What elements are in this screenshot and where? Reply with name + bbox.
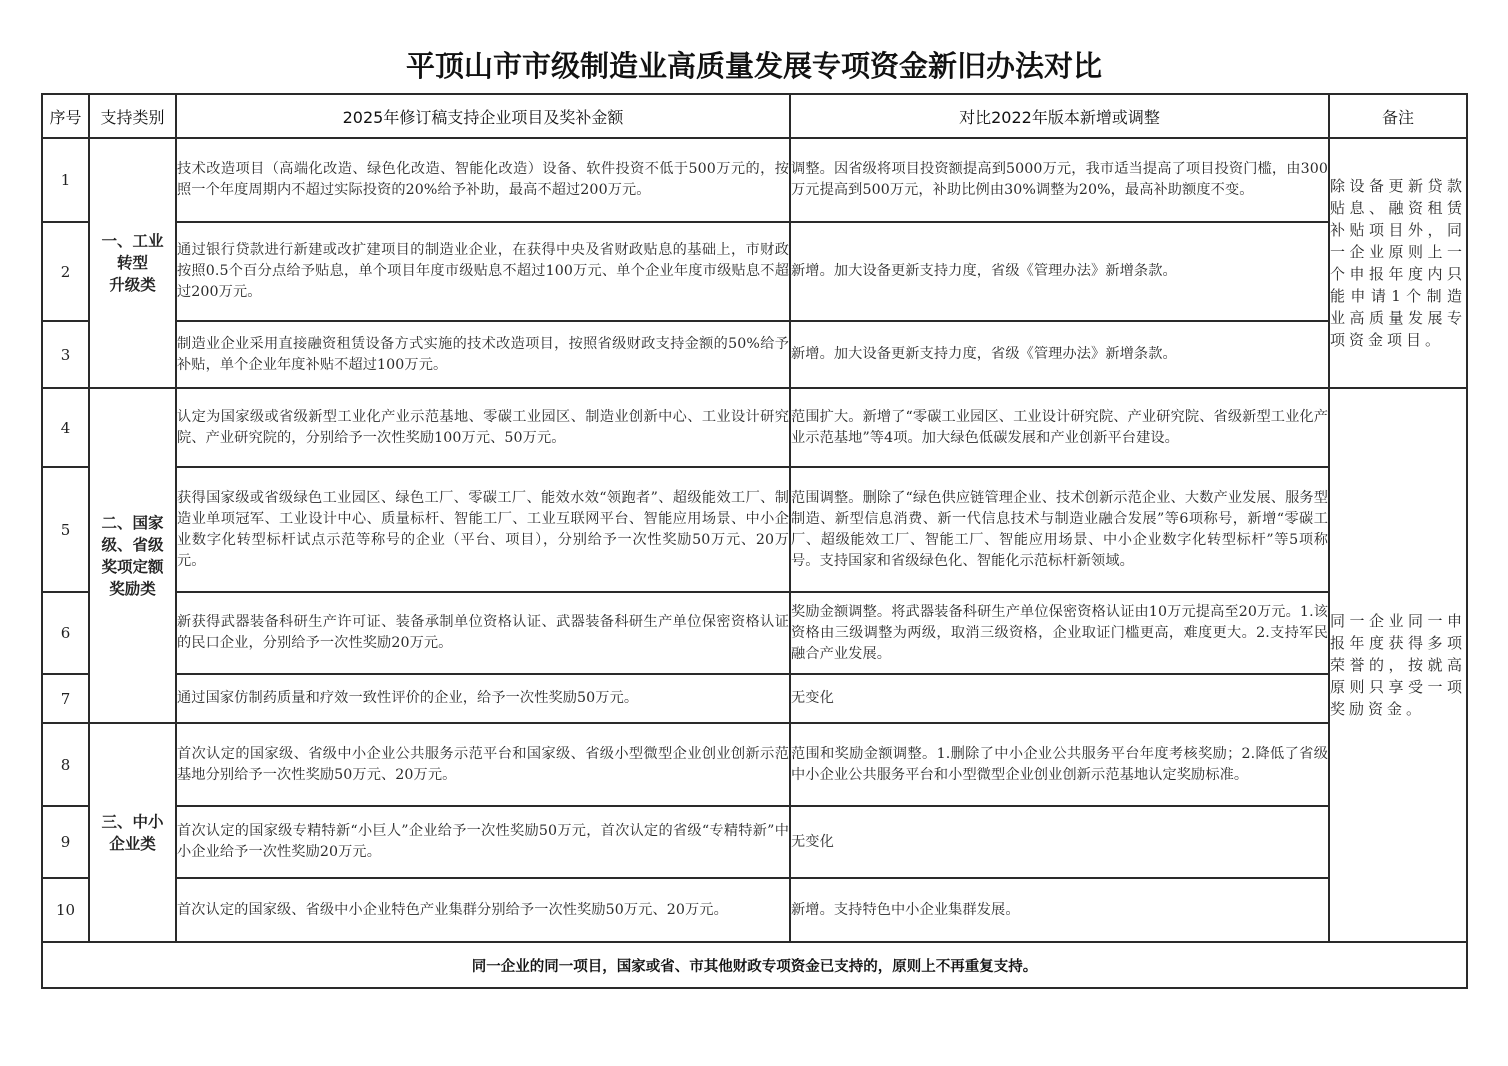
row-seq: 10 xyxy=(42,878,89,942)
row-change: 新增。加大设备更新支持力度，省级《管理办法》新增条款。 xyxy=(790,321,1329,388)
row-item: 制造业企业采用直接融资租赁设备方式实施的技术改造项目，按照省级财政支持金额的50… xyxy=(176,321,790,388)
row-item: 新获得武器装备科研生产许可证、装备承制单位资格认证、武器装备科研生产单位保密资格… xyxy=(176,592,790,674)
row-seq: 6 xyxy=(42,592,89,674)
table-row: 10 首次认定的国家级、省级中小企业特色产业集群分别给予一次性奖励50万元、20… xyxy=(42,878,1467,942)
table-footer-row: 同一企业的同一项目，国家或省、市其他财政专项资金已支持的，原则上不再重复支持。 xyxy=(42,942,1467,988)
row-change: 调整。因省级将项目投资额提高到5000万元，我市适当提高了项目投资门槛，由300… xyxy=(790,138,1329,222)
row-item: 获得国家级或省级绿色工业园区、绿色工厂、零碳工厂、能效水效“领跑者”、超级能效工… xyxy=(176,467,790,592)
row-change: 新增。加大设备更新支持力度，省级《管理办法》新增条款。 xyxy=(790,222,1329,321)
table-row: 4 二、国家级、省级奖项定额奖励类 认定为国家级或省级新型工业化产业示范基地、零… xyxy=(42,388,1467,467)
document-title: 平顶山市市级制造业高质量发展专项资金新旧办法对比 xyxy=(0,44,1508,85)
table-header-row: 序号 支持类别 2025年修订稿支持企业项目及奖补金额 对比2022年版本新增或… xyxy=(42,94,1467,138)
row-seq: 1 xyxy=(42,138,89,222)
table-row: 6 新获得武器装备科研生产许可证、装备承制单位资格认证、武器装备科研生产单位保密… xyxy=(42,592,1467,674)
row-change: 无变化 xyxy=(790,806,1329,878)
category-industrial-upgrade: 一、工业转型升级类 xyxy=(89,138,176,388)
row-change: 新增。支持特色中小企业集群发展。 xyxy=(790,878,1329,942)
table-row: 3 制造业企业采用直接融资租赁设备方式实施的技术改造项目，按照省级财政支持金额的… xyxy=(42,321,1467,388)
row-seq: 4 xyxy=(42,388,89,467)
row-seq: 7 xyxy=(42,674,89,723)
row-seq: 3 xyxy=(42,321,89,388)
table-row: 5 获得国家级或省级绿色工业园区、绿色工厂、零碳工厂、能效水效“领跑者”、超级能… xyxy=(42,467,1467,592)
category-national-provincial-awards: 二、国家级、省级奖项定额奖励类 xyxy=(89,388,176,723)
table-row: 9 首次认定的国家级专精特新“小巨人”企业给予一次性奖励50万元，首次认定的省级… xyxy=(42,806,1467,878)
header-changes-vs-2022: 对比2022年版本新增或调整 xyxy=(790,94,1329,138)
row-change: 范围和奖励金额调整。1.删除了中小企业公共服务平台年度考核奖励；2.降低了省级中… xyxy=(790,723,1329,806)
row-change: 奖励金额调整。将武器装备科研生产单位保密资格认证由10万元提高至20万元。1.该… xyxy=(790,592,1329,674)
row-seq: 2 xyxy=(42,222,89,321)
header-items-2025: 2025年修订稿支持企业项目及奖补金额 xyxy=(176,94,790,138)
remark-group-2: 同一企业同一申报年度获得多项荣誉的，按就高原则只享受一项奖励资金。 xyxy=(1329,388,1467,942)
table-row: 8 三、中小企业类 首次认定的国家级、省级中小企业公共服务示范平台和国家级、省级… xyxy=(42,723,1467,806)
comparison-table: 序号 支持类别 2025年修订稿支持企业项目及奖补金额 对比2022年版本新增或… xyxy=(41,93,1468,989)
table-row: 2 通过银行贷款进行新建或改扩建项目的制造业企业，在获得中央及省财政贴息的基础上… xyxy=(42,222,1467,321)
row-change: 无变化 xyxy=(790,674,1329,723)
row-seq: 9 xyxy=(42,806,89,878)
category-sme: 三、中小企业类 xyxy=(89,723,176,942)
header-seq: 序号 xyxy=(42,94,89,138)
row-item: 首次认定的国家级专精特新“小巨人”企业给予一次性奖励50万元，首次认定的省级“专… xyxy=(176,806,790,878)
row-seq: 8 xyxy=(42,723,89,806)
remark-group-1: 除设备更新贷款贴息、融资租赁补贴项目外，同一企业原则上一个申报年度内只能申请1个… xyxy=(1329,138,1467,388)
header-remarks: 备注 xyxy=(1329,94,1467,138)
table-row: 1 一、工业转型升级类 技术改造项目（高端化改造、绿色化改造、智能化改造）设备、… xyxy=(42,138,1467,222)
row-change: 范围扩大。新增了“零碳工业园区、工业设计研究院、产业研究院、省级新型工业化产业示… xyxy=(790,388,1329,467)
row-item: 首次认定的国家级、省级中小企业特色产业集群分别给予一次性奖励50万元、20万元。 xyxy=(176,878,790,942)
header-category: 支持类别 xyxy=(89,94,176,138)
row-item: 首次认定的国家级、省级中小企业公共服务示范平台和国家级、省级小型微型企业创业创新… xyxy=(176,723,790,806)
row-item: 通过银行贷款进行新建或改扩建项目的制造业企业，在获得中央及省财政贴息的基础上，市… xyxy=(176,222,790,321)
row-item: 技术改造项目（高端化改造、绿色化改造、智能化改造）设备、软件投资不低于500万元… xyxy=(176,138,790,222)
row-seq: 5 xyxy=(42,467,89,592)
footer-note: 同一企业的同一项目，国家或省、市其他财政专项资金已支持的，原则上不再重复支持。 xyxy=(42,942,1467,988)
row-change: 范围调整。删除了“绿色供应链管理企业、技术创新示范企业、大数产业发展、服务型制造… xyxy=(790,467,1329,592)
table-row: 7 通过国家仿制药质量和疗效一致性评价的企业，给予一次性奖励50万元。 无变化 xyxy=(42,674,1467,723)
row-item: 认定为国家级或省级新型工业化产业示范基地、零碳工业园区、制造业创新中心、工业设计… xyxy=(176,388,790,467)
row-item: 通过国家仿制药质量和疗效一致性评价的企业，给予一次性奖励50万元。 xyxy=(176,674,790,723)
